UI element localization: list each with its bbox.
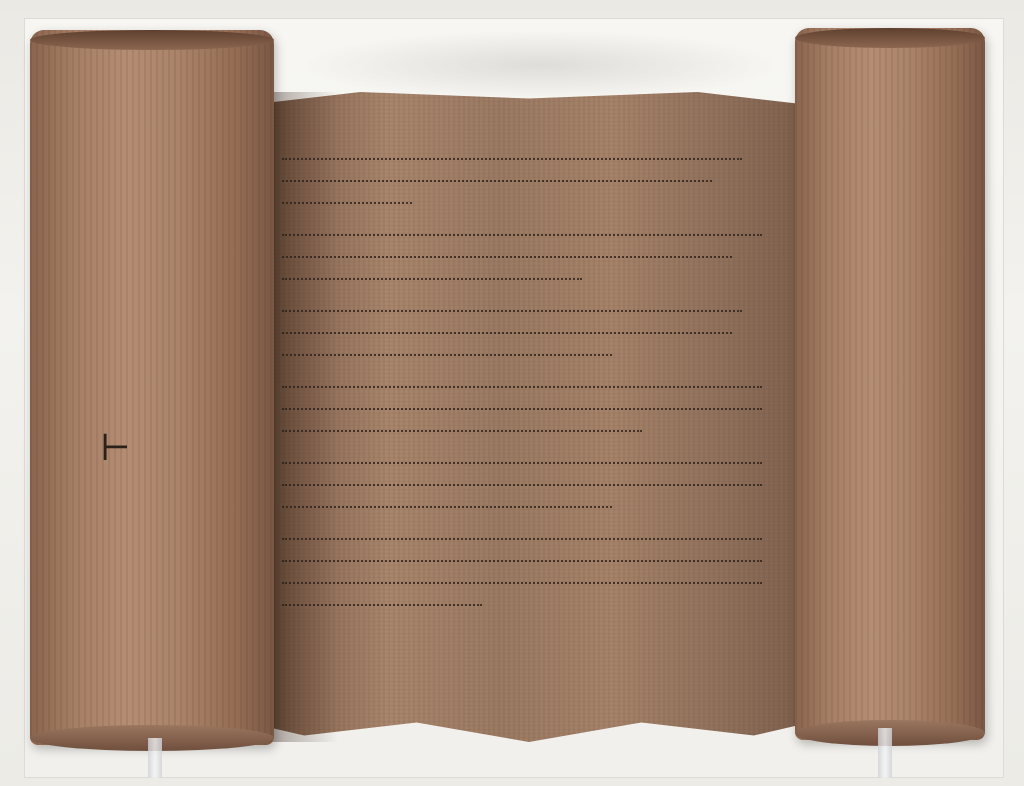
text-line xyxy=(282,596,782,604)
text-line xyxy=(282,552,782,560)
text-line xyxy=(282,150,782,158)
text-line xyxy=(282,476,782,484)
roll-top-edge xyxy=(30,30,274,50)
text-line xyxy=(282,530,782,538)
text-line xyxy=(282,498,782,506)
text-line xyxy=(282,270,782,278)
right-scroll-roll xyxy=(795,28,985,740)
text-line xyxy=(282,574,782,582)
text-line xyxy=(282,454,782,462)
support-post xyxy=(148,738,162,778)
support-post xyxy=(878,728,892,778)
text-line xyxy=(282,226,782,234)
text-line xyxy=(282,346,782,354)
scroll-shadow xyxy=(300,30,780,100)
text-line xyxy=(282,302,782,310)
roll-top-edge xyxy=(795,28,985,48)
text-line xyxy=(282,194,782,202)
text-line xyxy=(282,422,782,430)
text-line xyxy=(282,172,782,180)
text-line xyxy=(282,324,782,332)
handwritten-text xyxy=(282,150,782,618)
text-line xyxy=(282,378,782,386)
text-line xyxy=(282,400,782,408)
text-line xyxy=(282,248,782,256)
ink-mark: ⊢ xyxy=(100,428,131,469)
left-scroll-roll: ⊢ xyxy=(30,30,274,745)
